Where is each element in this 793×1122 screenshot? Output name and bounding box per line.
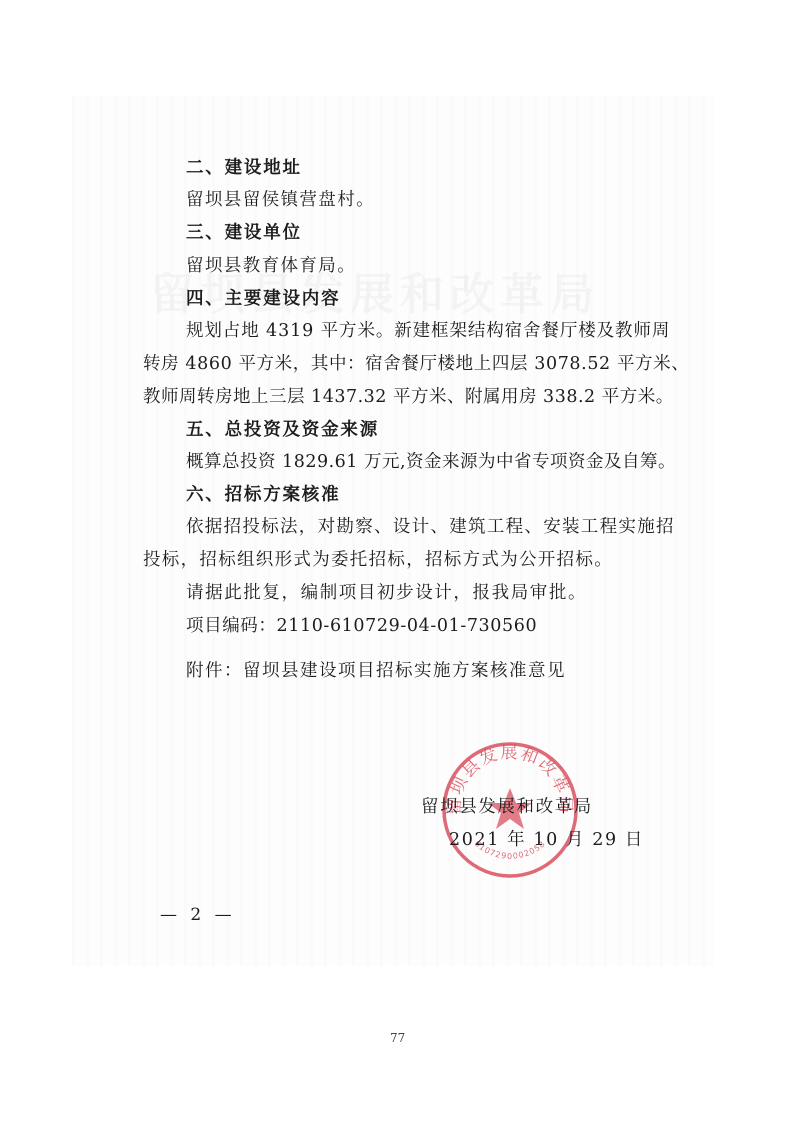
bidding-text-line-2: 投标，招标组织形式为委托招标，招标方式为公开招标。 [143, 549, 613, 571]
issuing-organization: 留坝县发展和改革局 [421, 793, 593, 818]
section-heading-bidding: 六、招标方案核准 [186, 484, 340, 506]
issue-date: 2021 年 10 月 29 日 [449, 826, 644, 851]
bidding-text-line-1: 依据招投标法，对勘察、设计、建筑工程、安装工程实施招 [186, 516, 675, 538]
request-text: 请据此批复，编制项目初步设计，报我局审批。 [186, 582, 587, 604]
pdf-page-number: 77 [390, 1031, 405, 1045]
content-text-line-3: 教师周转房地上三层 1437.32 平方米、附属用房 338.2 平方米。 [143, 386, 674, 408]
section-heading-content: 四、主要建设内容 [186, 288, 340, 310]
project-code: 项目编码：2110-610729-04-01-730560 [186, 615, 537, 637]
document-page-number: — 2 — [160, 905, 236, 925]
section-heading-investment: 五、总投资及资金来源 [186, 419, 379, 441]
unit-text: 留坝县教育体育局。 [186, 255, 356, 277]
investment-text: 概算总投资 1829.61 万元,资金来源为中省专项资金及自筹。 [186, 451, 676, 473]
content-text-line-1: 规划占地 4319 平方米。新建框架结构宿舍餐厅楼及教师周 [186, 320, 670, 342]
attachment-note: 附件：留坝县建设项目招标实施方案核准意见 [186, 660, 566, 682]
address-text: 留坝县留侯镇营盘村。 [186, 189, 375, 211]
section-heading-unit: 三、建设单位 [186, 222, 302, 244]
section-heading-address: 二、建设地址 [186, 157, 302, 179]
content-text-line-2: 转房 4860 平方米，其中：宿舍餐厅楼地上四层 3078.52 平方米、 [143, 353, 689, 375]
